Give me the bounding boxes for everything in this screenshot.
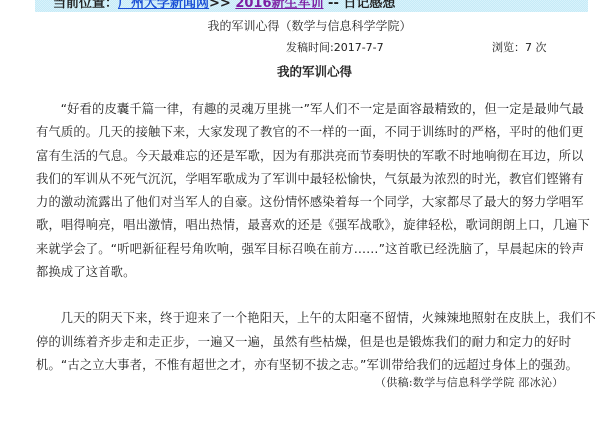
breadcrumb-separator: >> [209, 0, 235, 11]
breadcrumb-current: 日记感想 [343, 0, 395, 11]
breadcrumb-separator: -- [324, 0, 344, 11]
breadcrumb: 当前位置：广州大学新闻网>> 2016新生军训 -- 日记感想 [35, 0, 588, 12]
article-title: 我的军训心得（数学与信息科学学院） [0, 17, 609, 34]
view-count: 浏览：7 次 [492, 39, 547, 55]
article-body: “好看的皮囊千篇一律，有趣的灵魂万里挑一”军人们不一定是面容最精致的，但一定是最… [36, 98, 596, 377]
paragraph: “好看的皮囊千篇一律，有趣的灵魂万里挑一”军人们不一定是面容最精致的，但一定是最… [36, 98, 596, 284]
breadcrumb-link-news-site[interactable]: 广州大学新闻网 [118, 0, 209, 11]
breadcrumb-link-military-training[interactable]: 2016新生军训 [235, 0, 323, 11]
article-subtitle: 我的军训心得 [0, 62, 609, 80]
article-credit: （供稿:数学与信息科学学院 邵冰沁） [375, 374, 564, 390]
publish-date: 发稿时间:2017-7-7 [286, 39, 384, 55]
paragraph: 几天的阴天下来，终于迎来了一个艳阳天，上午的太阳毫不留情，火辣辣地照射在皮肤上，… [36, 307, 596, 377]
breadcrumb-prefix: 当前位置： [53, 0, 118, 11]
